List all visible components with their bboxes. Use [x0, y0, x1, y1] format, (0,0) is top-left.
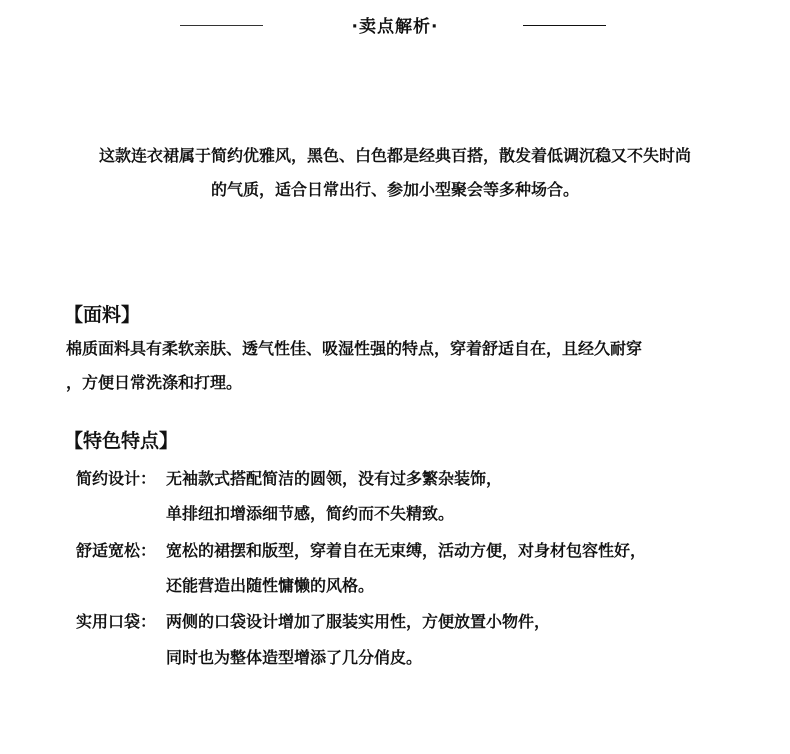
feature-label-practical-pockets: 实用口袋：	[76, 609, 156, 632]
intro-line: 的气质，适合日常出行、参加小型聚会等多种场合。	[0, 177, 790, 200]
section-title: ·卖点解析·	[0, 12, 790, 37]
feature-text: 两侧的口袋设计增加了服装实用性，方便放置小物件，	[166, 609, 550, 632]
fabric-heading: 【面料】	[64, 300, 140, 327]
feature-text: 同时也为整体造型增添了几分俏皮。	[166, 645, 422, 668]
fabric-text: 棉质面料具有柔软亲肤、透气性佳、吸湿性强的特点，穿着舒适自在，且经久耐穿	[66, 336, 642, 359]
features-heading: 【特色特点】	[64, 426, 178, 453]
feature-text: 单排纽扣增添细节感，简约而不失精致。	[166, 501, 454, 524]
feature-label-simple-design: 简约设计：	[76, 466, 156, 489]
intro-line: 这款连衣裙属于简约优雅风，黑色、白色都是经典百搭，散发着低调沉稳又不失时尚	[0, 143, 790, 166]
header-divider-right	[523, 25, 606, 26]
feature-label-comfort-loose: 舒适宽松：	[76, 538, 156, 561]
feature-text: 无袖款式搭配简洁的圆领，没有过多繁杂装饰，	[166, 466, 502, 489]
fabric-text: ，方便日常洗涤和打理。	[66, 370, 242, 393]
feature-text: 宽松的裙摆和版型，穿着自在无束缚，活动方便，对身材包容性好，	[166, 538, 646, 561]
feature-text: 还能营造出随性慵懒的风格。	[166, 573, 374, 596]
